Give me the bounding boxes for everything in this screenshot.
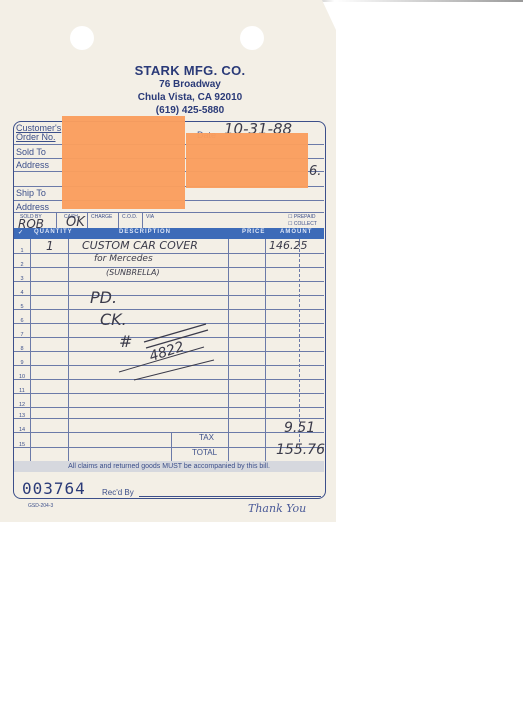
ship-to-label: Ship To [16,188,46,198]
note-paid: PD. [90,288,117,307]
via-label: VIA [146,214,154,220]
description-column-header: DESCRIPTION [119,229,171,235]
company-city: Chula Vista, CA 92010 [100,91,280,104]
total-value: 155.76 [276,442,325,458]
row-number: 10 [17,374,27,380]
quantity-column-header: QUANTITY [34,229,73,235]
invoice-paper: STARK MFG. CO. 76 Broadway Chula Vista, … [0,0,336,522]
company-address: 76 Broadway [100,78,280,91]
row-number: 6 [17,318,27,324]
item-description: for Mercedes [94,254,153,264]
row-number: 7 [17,332,27,338]
ship-address-label: Address [16,202,49,212]
cod-label: C.O.D. [122,214,137,220]
row-number: 8 [17,346,27,352]
partial-digit: 6. [309,164,321,179]
company-header: STARK MFG. CO. 76 Broadway Chula Vista, … [100,63,280,117]
row-number: 5 [17,304,27,310]
item-amount: 146.25 [269,239,308,252]
recd-by-label: Rec'd By [102,488,134,497]
customers-order-no-label: Customer's Order No. [16,124,62,142]
amount-column-header: AMOUNT [280,229,312,235]
row-number: 1 [17,248,27,254]
company-name: STARK MFG. CO. [100,63,280,78]
row-number: 15 [17,442,27,448]
charge-label: CHARGE [91,214,112,220]
prepaid-label: PREPAID [294,214,316,220]
invoice-number: 003764 [22,479,86,498]
row-number: 13 [17,413,27,419]
row-number: 4 [17,290,27,296]
collect-label: COLLECT [294,221,317,227]
punch-hole [70,26,94,50]
row-number: 12 [17,402,27,408]
tax-label: TAX [199,433,214,442]
row-number: 9 [17,360,27,366]
tax-value: 9.51 [284,420,315,436]
item-description: CUSTOM CAR COVER [82,239,198,252]
total-label: TOTAL [192,448,217,457]
sold-to-label: Sold To [16,147,46,157]
price-column-header: PRICE [242,229,265,235]
row-number: 14 [17,427,27,433]
row-number: 2 [17,262,27,268]
form-code: GSD-204-3 [28,503,53,509]
row-number: 3 [17,276,27,282]
punch-hole [240,26,264,50]
item-description: (SUNBRELLA) [106,268,160,277]
thank-you-text: Thank You [248,502,306,515]
strike-through-lines [114,312,224,382]
redaction-tape-left [62,116,185,209]
check-column-header: ✓ [18,229,24,236]
redaction-tape-right [186,133,308,188]
claims-notice: All claims and returned goods MUST be ac… [14,461,324,472]
address-label: Address [16,160,49,170]
row-number: 11 [17,388,27,394]
column-header-band: ✓ QUANTITY DESCRIPTION PRICE AMOUNT [14,228,324,239]
prepaid-checkbox[interactable]: ☐ PREPAID [288,214,315,220]
item-quantity: 1 [46,239,54,253]
collect-checkbox[interactable]: ☐ COLLECT [288,221,317,227]
